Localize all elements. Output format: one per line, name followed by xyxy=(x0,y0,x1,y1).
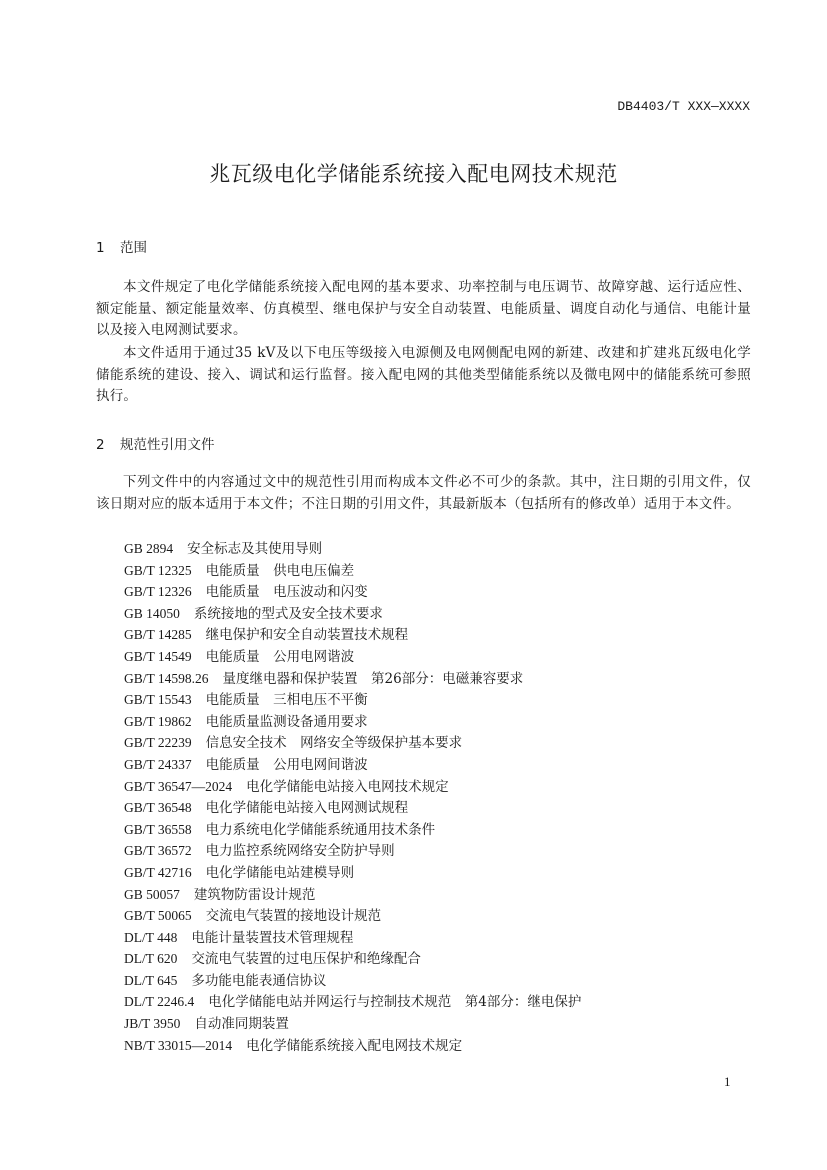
reference-title: 电化学储能系统接入配电网技术规定 xyxy=(246,1038,462,1054)
reference-item: GB 50057建筑物防雷设计规范 xyxy=(124,884,581,906)
reference-item: GB/T 14598.26量度继电器和保护装置 第26部分：电磁兼容要求 xyxy=(124,668,581,690)
reference-code: GB 50057 xyxy=(124,887,180,902)
reference-item: DL/T 2246.4电化学储能电站并网运行与控制技术规范 第4部分：继电保护 xyxy=(124,991,581,1013)
reference-item: GB/T 12325电能质量 供电电压偏差 xyxy=(124,560,581,582)
document-code: DB4403/T XXX—XXXX xyxy=(617,99,750,114)
document-title: 兆瓦级电化学储能系统接入配电网技术规范 xyxy=(0,158,827,188)
reference-item: GB 2894安全标志及其使用导则 xyxy=(124,538,581,560)
section-heading-scope: 1范围 xyxy=(96,236,147,256)
reference-item: GB/T 36572电力监控系统网络安全防护导则 xyxy=(124,840,581,862)
reference-item: DL/T 645多功能电能表通信协议 xyxy=(124,970,581,992)
reference-item: GB/T 14549电能质量 公用电网谐波 xyxy=(124,646,581,668)
reference-title: 电能质量 公用电网谐波 xyxy=(206,649,355,665)
reference-item: DL/T 620交流电气装置的过电压保护和绝缘配合 xyxy=(124,948,581,970)
section-heading-normative-references: 2规范性引用文件 xyxy=(96,433,215,453)
reference-title: 电化学储能电站接入电网技术规定 xyxy=(246,779,449,795)
document-page: DB4403/T XXX—XXXX 兆瓦级电化学储能系统接入配电网技术规范 1范… xyxy=(0,0,827,1170)
reference-code: NB/T 33015—2014 xyxy=(124,1038,232,1053)
reference-code: GB/T 12326 xyxy=(124,584,192,599)
reference-list: GB 2894安全标志及其使用导则GB/T 12325电能质量 供电电压偏差GB… xyxy=(124,538,581,1056)
reference-title: 自动准同期装置 xyxy=(194,1016,289,1032)
reference-title: 电能质量 三相电压不平衡 xyxy=(206,692,368,708)
reference-item: GB/T 36547—2024电化学储能电站接入电网技术规定 xyxy=(124,776,581,798)
section-title: 规范性引用文件 xyxy=(120,437,215,453)
reference-title: 交流电气装置的过电压保护和绝缘配合 xyxy=(191,951,421,967)
reference-item: GB/T 15543电能质量 三相电压不平衡 xyxy=(124,689,581,711)
reference-code: GB/T 19862 xyxy=(124,714,192,729)
reference-code: DL/T 2246.4 xyxy=(124,994,194,1009)
reference-item: GB/T 36548电化学储能电站接入电网测试规程 xyxy=(124,797,581,819)
reference-item: GB/T 19862电能质量监测设备通用要求 xyxy=(124,711,581,733)
reference-title: 电力系统电化学储能系统通用技术条件 xyxy=(206,822,436,838)
reference-item: GB/T 12326电能质量 电压波动和闪变 xyxy=(124,581,581,603)
reference-title: 继电保护和安全自动装置技术规程 xyxy=(206,627,409,643)
reference-code: GB/T 22239 xyxy=(124,735,192,750)
reference-code: GB/T 36572 xyxy=(124,843,192,858)
reference-item: GB/T 42716电化学储能电站建模导则 xyxy=(124,862,581,884)
reference-code: GB/T 24337 xyxy=(124,757,192,772)
reference-title: 安全标志及其使用导则 xyxy=(187,541,322,557)
reference-title: 电力监控系统网络安全防护导则 xyxy=(206,843,395,859)
reference-code: GB/T 12325 xyxy=(124,563,192,578)
reference-title: 建筑物防雷设计规范 xyxy=(194,887,316,903)
section-number: 1 xyxy=(96,240,120,256)
reference-title: 多功能电能表通信协议 xyxy=(191,973,326,989)
scope-paragraph-1: 本文件规定了电化学储能系统接入配电网的基本要求、功率控制与电压调节、故障穿越、运… xyxy=(96,277,751,342)
reference-code: GB/T 36548 xyxy=(124,800,192,815)
reference-item: GB/T 24337电能质量 公用电网间谐波 xyxy=(124,754,581,776)
reference-title: 电化学储能电站接入电网测试规程 xyxy=(206,800,409,816)
reference-item: NB/T 33015—2014电化学储能系统接入配电网技术规定 xyxy=(124,1035,581,1057)
reference-code: GB 14050 xyxy=(124,606,180,621)
section-number: 2 xyxy=(96,437,120,453)
reference-title: 系统接地的型式及安全技术要求 xyxy=(194,606,383,622)
reference-code: DL/T 448 xyxy=(124,930,177,945)
reference-item: GB/T 50065交流电气装置的接地设计规范 xyxy=(124,905,581,927)
reference-code: GB/T 36558 xyxy=(124,822,192,837)
reference-item: GB/T 22239信息安全技术 网络安全等级保护基本要求 xyxy=(124,732,581,754)
section-title: 范围 xyxy=(120,240,147,256)
reference-code: GB/T 50065 xyxy=(124,908,192,923)
reference-code: GB/T 14285 xyxy=(124,627,192,642)
reference-item: GB/T 14285继电保护和安全自动装置技术规程 xyxy=(124,624,581,646)
page-number: 1 xyxy=(724,1074,731,1090)
reference-title: 电能质量 供电电压偏差 xyxy=(206,563,355,579)
references-intro-paragraph: 下列文件中的内容通过文中的规范性引用而构成本文件必不可少的条款。其中，注日期的引… xyxy=(96,472,751,515)
reference-item: DL/T 448电能计量装置技术管理规程 xyxy=(124,927,581,949)
reference-title: 电能质量 公用电网间谐波 xyxy=(206,757,368,773)
reference-title: 交流电气装置的接地设计规范 xyxy=(206,908,382,924)
reference-title: 电能质量监测设备通用要求 xyxy=(206,714,368,730)
reference-code: DL/T 645 xyxy=(124,973,177,988)
reference-title: 电能质量 电压波动和闪变 xyxy=(206,584,368,600)
reference-code: JB/T 3950 xyxy=(124,1016,180,1031)
reference-item: GB/T 36558电力系统电化学储能系统通用技术条件 xyxy=(124,819,581,841)
reference-code: GB 2894 xyxy=(124,541,173,556)
reference-code: GB/T 15543 xyxy=(124,692,192,707)
reference-title: 电能计量装置技术管理规程 xyxy=(191,930,353,946)
reference-title: 电化学储能电站并网运行与控制技术规范 第4部分：继电保护 xyxy=(208,994,581,1010)
reference-code: GB/T 36547—2024 xyxy=(124,779,232,794)
reference-title: 信息安全技术 网络安全等级保护基本要求 xyxy=(206,735,463,751)
reference-code: GB/T 14598.26 xyxy=(124,671,209,686)
reference-code: DL/T 620 xyxy=(124,951,177,966)
reference-title: 量度继电器和保护装置 第26部分：电磁兼容要求 xyxy=(223,671,524,687)
reference-item: JB/T 3950自动准同期装置 xyxy=(124,1013,581,1035)
reference-code: GB/T 42716 xyxy=(124,865,192,880)
reference-item: GB 14050系统接地的型式及安全技术要求 xyxy=(124,603,581,625)
reference-code: GB/T 14549 xyxy=(124,649,192,664)
reference-title: 电化学储能电站建模导则 xyxy=(206,865,355,881)
scope-paragraph-2: 本文件适用于通过35 kV及以下电压等级接入电源侧及电网侧配电网的新建、改建和扩… xyxy=(96,343,751,408)
